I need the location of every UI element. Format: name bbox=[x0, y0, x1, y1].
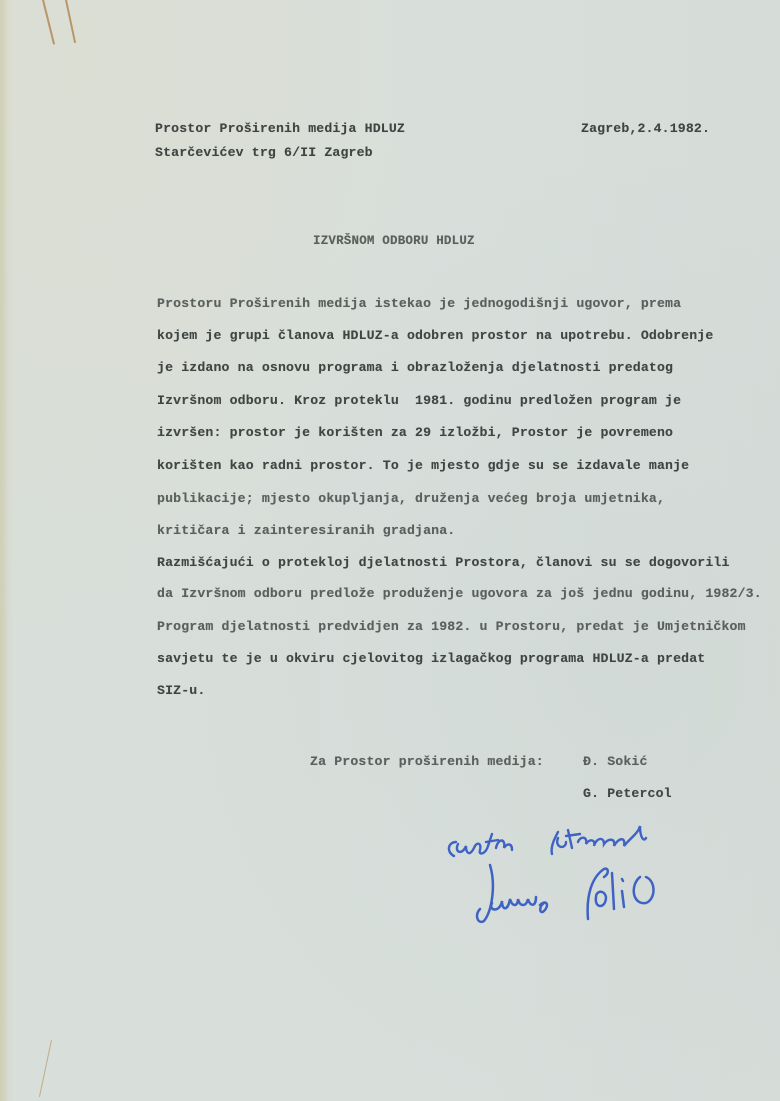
body-line: je izdano na osnovu programa i obrazlože… bbox=[157, 360, 673, 375]
signatory-1: Đ. Sokić bbox=[583, 754, 648, 769]
body-line: savjetu te je u okviru cjelovitog izlaga… bbox=[157, 651, 705, 666]
body-line: Prostoru Proširenih medija istekao je je… bbox=[157, 296, 681, 311]
recipient-heading: IZVRŠNOM ODBORU HDLUZ bbox=[313, 234, 475, 248]
paper-sheet bbox=[0, 0, 780, 1101]
place-date: Zagreb,2.4.1982. bbox=[581, 121, 710, 136]
body-line: da Izvršnom odboru predlože produženje u… bbox=[157, 586, 762, 601]
body-line: kritičara i zainteresiranih gradjana. bbox=[157, 523, 455, 538]
body-line: kojem je grupi članova HDLUZ-a odobren p… bbox=[157, 328, 713, 343]
body-line: Program djelatnosti predvidjen za 1982. … bbox=[157, 619, 746, 634]
body-line: Izvršnom odboru. Kroz proteklu 1981. god… bbox=[157, 393, 681, 408]
closing-label: Za Prostor proširenih medija: bbox=[310, 754, 544, 769]
body-line: publikacije; mjesto okupljanja, druženja… bbox=[157, 491, 665, 506]
body-line: korišten kao radni prostor. To je mjesto… bbox=[157, 458, 689, 473]
signatory-2: G. Petercol bbox=[583, 786, 672, 801]
sender-address: Starčevićev trg 6/II Zagreb bbox=[155, 145, 373, 160]
handwritten-signature-2 bbox=[470, 855, 750, 930]
sender-name: Prostor Proširenih medija HDLUZ bbox=[155, 121, 405, 136]
signature-scribble-icon bbox=[470, 855, 750, 930]
paper-edge bbox=[0, 0, 8, 1101]
body-line: izvršen: prostor je korišten za 29 izlož… bbox=[157, 425, 673, 440]
body-line: Razmišćajući o proteklоj djelatnosti Pro… bbox=[157, 555, 730, 570]
body-line: SIZ-u. bbox=[157, 683, 205, 698]
